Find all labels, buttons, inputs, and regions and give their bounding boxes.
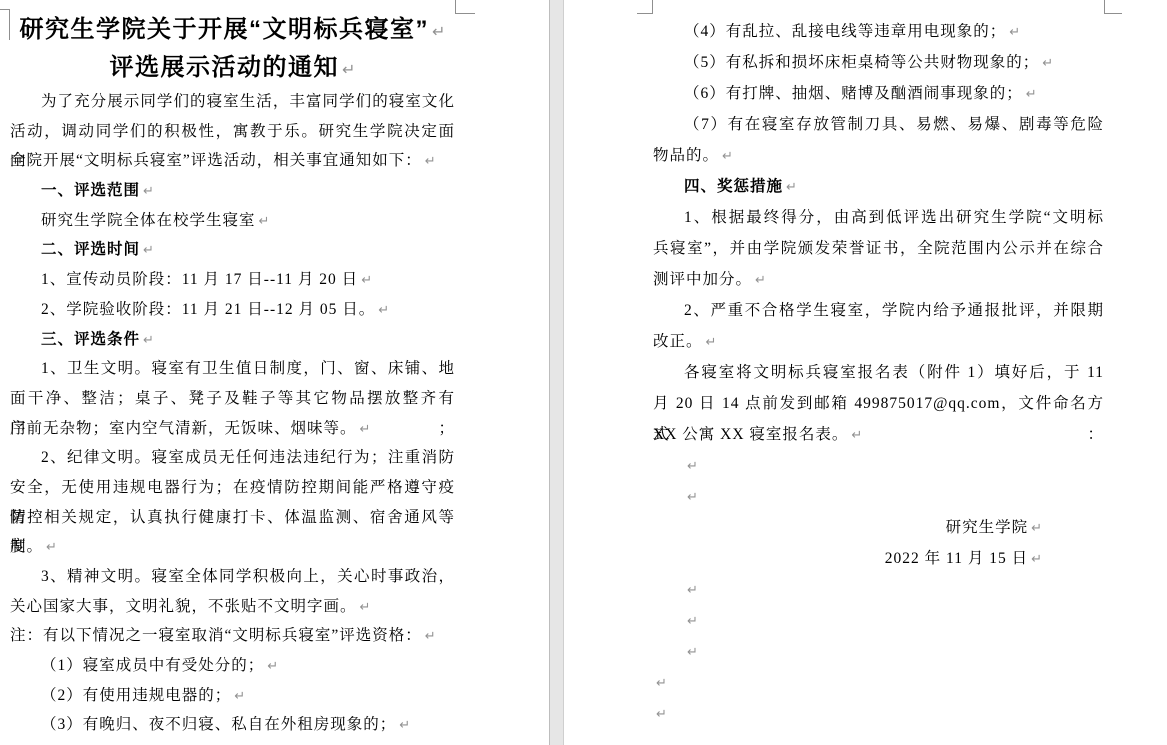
paragraph-mark-icon: ↵	[360, 600, 371, 615]
line-text: 二、评选时间	[41, 241, 140, 258]
line-text: （7）有在寝室存放管制刀具、易燃、易爆、剧毒等危险	[684, 116, 1104, 133]
document-canvas: 研究生学院关于开展“文明标兵寝室”↵评选展示活动的通知↵为了充分展示同学们的寝室…	[0, 0, 1167, 745]
heading-line[interactable]: 三、评选条件↵	[10, 325, 455, 355]
line-text: 研究生学院全体在校学生寝室	[41, 212, 256, 229]
text-line[interactable]: 改正。↵	[653, 326, 1104, 357]
line-text: 2、学院验收阶段：11 月 21 日--12 月 05 日。	[41, 301, 375, 318]
line-text: 为了充分展示同学们的寝室生活，丰富同学们的寝室文化	[41, 93, 455, 110]
empty-line[interactable]: ↵	[653, 450, 1104, 481]
page-2-text-area: （4）有乱拉、乱接电线等违章用电现象的；↵（5）有私拆和损坏床柜桌椅等公共财物现…	[653, 16, 1104, 729]
text-line[interactable]: （1）寝室成员中有受处分的；↵	[10, 651, 455, 681]
line-text: 度。	[10, 538, 43, 555]
text-line[interactable]: 防控相关规定，认真执行健康打卡、体温监测、宿舍通风等制	[10, 503, 455, 533]
line-text: 3、精神文明。寝室全体同学积极向上，关心时事政治，	[41, 568, 455, 585]
empty-line[interactable]: ↵	[653, 636, 1104, 667]
paragraph-mark-icon: ↵	[687, 645, 698, 660]
line-text: 2、严重不合格学生寝室，学院内给予通报批评，并限期	[684, 302, 1104, 319]
paragraph-mark-icon: ↵	[656, 707, 667, 722]
paragraph-mark-icon: ↵	[786, 180, 797, 195]
line-text: 1、根据最终得分，由高到低评选出研究生学院“文明标	[684, 209, 1104, 226]
line-text: 研究生学院	[946, 519, 1029, 536]
paragraph-mark-icon: ↵	[399, 718, 410, 733]
text-line[interactable]: 门前无杂物；室内空气清新，无饭味、烟味等。↵	[10, 414, 455, 444]
empty-line[interactable]: ↵	[653, 605, 1104, 636]
text-line[interactable]: 测评中加分。↵	[653, 264, 1104, 295]
text-line[interactable]: （3）有晚归、夜不归寝、私自在外租房现象的；↵	[10, 710, 455, 740]
paragraph-mark-icon: ↵	[267, 659, 278, 674]
page-2: （4）有乱拉、乱接电线等违章用电现象的；↵（5）有私拆和损坏床柜桌椅等公共财物现…	[564, 0, 1167, 745]
margin-corner-mark-icon	[652, 0, 653, 13]
paragraph-mark-icon: ↵	[143, 243, 154, 258]
text-line[interactable]: 各寝室将文明标兵寝室报名表（附件 1）填好后，于 11	[653, 357, 1104, 388]
paragraph-mark-icon: ↵	[378, 303, 389, 318]
paragraph-mark-icon: ↵	[687, 583, 698, 598]
text-line[interactable]: （2）有使用违规电器的；↵	[10, 681, 455, 711]
paragraph-mark-icon: ↵	[706, 335, 717, 350]
empty-line[interactable]: ↵	[653, 698, 1104, 729]
line-text: 一、评选范围	[41, 182, 140, 199]
line-text: 改正。	[653, 333, 703, 350]
text-line[interactable]: 2、纪律文明。寝室成员无任何违法违纪行为；注重消防	[10, 443, 455, 473]
paragraph-mark-icon: ↵	[143, 333, 154, 348]
line-text: 1、卫生文明。寝室有卫生值日制度，门、窗、床铺、地	[41, 360, 455, 377]
text-line[interactable]: 关心国家大事，文明礼貌，不张贴不文明字画。↵	[10, 592, 455, 622]
empty-line[interactable]: ↵	[653, 574, 1104, 605]
title-line[interactable]: 研究生学院关于开展“文明标兵寝室”↵	[10, 11, 455, 49]
text-line[interactable]: 1、根据最终得分，由高到低评选出研究生学院“文明标	[653, 202, 1104, 233]
text-line[interactable]: （5）有私拆和损坏床柜桌椅等公共财物现象的；↵	[653, 47, 1104, 78]
paragraph-mark-icon: ↵	[425, 629, 436, 644]
line-text: 2022 年 11 月 15 日	[885, 550, 1028, 567]
paragraph-mark-icon: ↵	[1031, 552, 1042, 567]
text-line[interactable]: （4）有乱拉、乱接电线等违章用电现象的；↵	[653, 16, 1104, 47]
line-text: （3）有晚归、夜不归寝、私自在外租房现象的；	[41, 716, 396, 733]
text-line[interactable]: 2022 年 11 月 15 日↵	[653, 543, 1104, 574]
margin-corner-mark-icon	[455, 13, 475, 14]
paragraph-mark-icon: ↵	[755, 273, 766, 288]
paragraph-mark-icon: ↵	[143, 184, 154, 199]
paragraph-mark-icon: ↵	[360, 422, 371, 437]
text-line[interactable]: 全院开展“文明标兵寝室”评选活动，相关事宜通知如下：↵	[10, 146, 455, 176]
margin-corner-mark-icon	[1104, 0, 1105, 13]
text-line[interactable]: XX 公寓 XX 寝室报名表。↵	[653, 419, 1104, 450]
line-text: XX 公寓 XX 寝室报名表。	[653, 426, 848, 443]
text-line[interactable]: 2、严重不合格学生寝室，学院内给予通报批评，并限期	[653, 295, 1104, 326]
text-line[interactable]: 注：有以下情况之一寝室取消“文明标兵寝室”评选资格：↵	[10, 621, 455, 651]
paragraph-mark-icon: ↵	[851, 428, 862, 443]
line-text: 关心国家大事，文明礼貌，不张贴不文明字画。	[10, 598, 357, 615]
line-text: 兵寝室”，并由学院颁发荣誉证书，全院范围内公示并在综合	[653, 240, 1104, 257]
paragraph-mark-icon: ↵	[361, 273, 372, 288]
paragraph-mark-icon: ↵	[234, 689, 245, 704]
text-line[interactable]: 1、卫生文明。寝室有卫生值日制度，门、窗、床铺、地	[10, 354, 455, 384]
margin-corner-mark-icon	[637, 13, 653, 14]
text-line[interactable]: 1、宣传动员阶段：11 月 17 日--11 月 20 日↵	[10, 265, 455, 295]
paragraph-mark-icon: ↵	[1026, 87, 1037, 102]
heading-line[interactable]: 一、评选范围↵	[10, 176, 455, 206]
paragraph-mark-icon: ↵	[1031, 521, 1042, 536]
line-text: 注：有以下情况之一寝室取消“文明标兵寝室”评选资格：	[10, 627, 422, 644]
paragraph-mark-icon: ↵	[46, 540, 57, 555]
text-line[interactable]: 活动，调动同学们的积极性，寓教于乐。研究生学院决定面向	[10, 117, 455, 147]
paragraph-mark-icon: ↵	[722, 149, 733, 164]
paragraph-mark-icon: ↵	[687, 490, 698, 505]
text-line[interactable]: 度。↵	[10, 532, 455, 562]
text-line[interactable]: 3、精神文明。寝室全体同学积极向上，关心时事政治，	[10, 562, 455, 592]
empty-line[interactable]: ↵	[653, 481, 1104, 512]
line-text: 1、宣传动员阶段：11 月 17 日--11 月 20 日	[41, 271, 358, 288]
text-line[interactable]: 研究生学院全体在校学生寝室↵	[10, 206, 455, 236]
line-text: （6）有打牌、抽烟、赌博及酗酒闹事现象的；	[684, 85, 1023, 102]
text-line[interactable]: 研究生学院↵	[653, 512, 1104, 543]
line-text: 门前无杂物；室内空气清新，无饭味、烟味等。	[10, 420, 357, 437]
empty-line[interactable]: ↵	[653, 667, 1104, 698]
paragraph-mark-icon: ↵	[656, 676, 667, 691]
heading-line[interactable]: 二、评选时间↵	[10, 235, 455, 265]
text-line[interactable]: 安全，无使用违规电器行为；在疫情防控期间能严格遵守疫情	[10, 473, 455, 503]
line-text: （1）寝室成员中有受处分的；	[41, 657, 264, 674]
margin-corner-mark-icon	[1104, 13, 1122, 14]
text-line[interactable]: （6）有打牌、抽烟、赌博及酗酒闹事现象的；↵	[653, 78, 1104, 109]
line-text: 四、奖惩措施	[684, 178, 783, 195]
paragraph-mark-icon: ↵	[432, 22, 445, 41]
paragraph-mark-icon: ↵	[687, 459, 698, 474]
text-line[interactable]: 物品的。↵	[653, 140, 1104, 171]
paragraph-mark-icon: ↵	[687, 614, 698, 629]
heading-line[interactable]: 四、奖惩措施↵	[653, 171, 1104, 202]
line-text: （4）有乱拉、乱接电线等违章用电现象的；	[684, 23, 1006, 40]
page-1-text-area: 研究生学院关于开展“文明标兵寝室”↵评选展示活动的通知↵为了充分展示同学们的寝室…	[10, 11, 455, 740]
line-text: 各寝室将文明标兵寝室报名表（附件 1）填好后，于 11	[684, 364, 1104, 381]
line-text: 2、纪律文明。寝室成员无任何违法违纪行为；注重消防	[41, 449, 455, 466]
paragraph-mark-icon: ↵	[1009, 25, 1020, 40]
text-line[interactable]: 兵寝室”，并由学院颁发荣誉证书，全院范围内公示并在综合	[653, 233, 1104, 264]
title-line[interactable]: 评选展示活动的通知↵	[10, 49, 455, 87]
margin-corner-mark-icon	[455, 0, 456, 13]
line-text: 物品的。	[653, 147, 719, 164]
text-line[interactable]: 为了充分展示同学们的寝室生活，丰富同学们的寝室文化	[10, 87, 455, 117]
paragraph-mark-icon: ↵	[425, 154, 436, 169]
paragraph-mark-icon: ↵	[259, 214, 270, 229]
page-gap	[549, 0, 564, 745]
text-line[interactable]: 2、学院验收阶段：11 月 21 日--12 月 05 日。↵	[10, 295, 455, 325]
text-line[interactable]: 面干净、整洁；桌子、凳子及鞋子等其它物品摆放整齐有序；	[10, 384, 455, 414]
text-line[interactable]: （7）有在寝室存放管制刀具、易燃、易爆、剧毒等危险	[653, 109, 1104, 140]
page-1: 研究生学院关于开展“文明标兵寝室”↵评选展示活动的通知↵为了充分展示同学们的寝室…	[0, 0, 549, 745]
line-text: 评选展示活动的通知	[110, 54, 340, 81]
text-line[interactable]: 月 20 日 14 点前发到邮箱 499875017@qq.com，文件命名方式…	[653, 388, 1104, 419]
line-text: 研究生学院关于开展“文明标兵寝室”	[20, 16, 430, 43]
paragraph-mark-icon: ↵	[342, 60, 355, 79]
line-text: （2）有使用违规电器的；	[41, 687, 231, 704]
line-text: （5）有私拆和损坏床柜桌椅等公共财物现象的；	[684, 54, 1039, 71]
line-text: 测评中加分。	[653, 271, 752, 288]
line-text: 全院开展“文明标兵寝室”评选活动，相关事宜通知如下：	[10, 152, 422, 169]
paragraph-mark-icon: ↵	[1042, 56, 1053, 71]
line-text: 三、评选条件	[41, 331, 140, 348]
